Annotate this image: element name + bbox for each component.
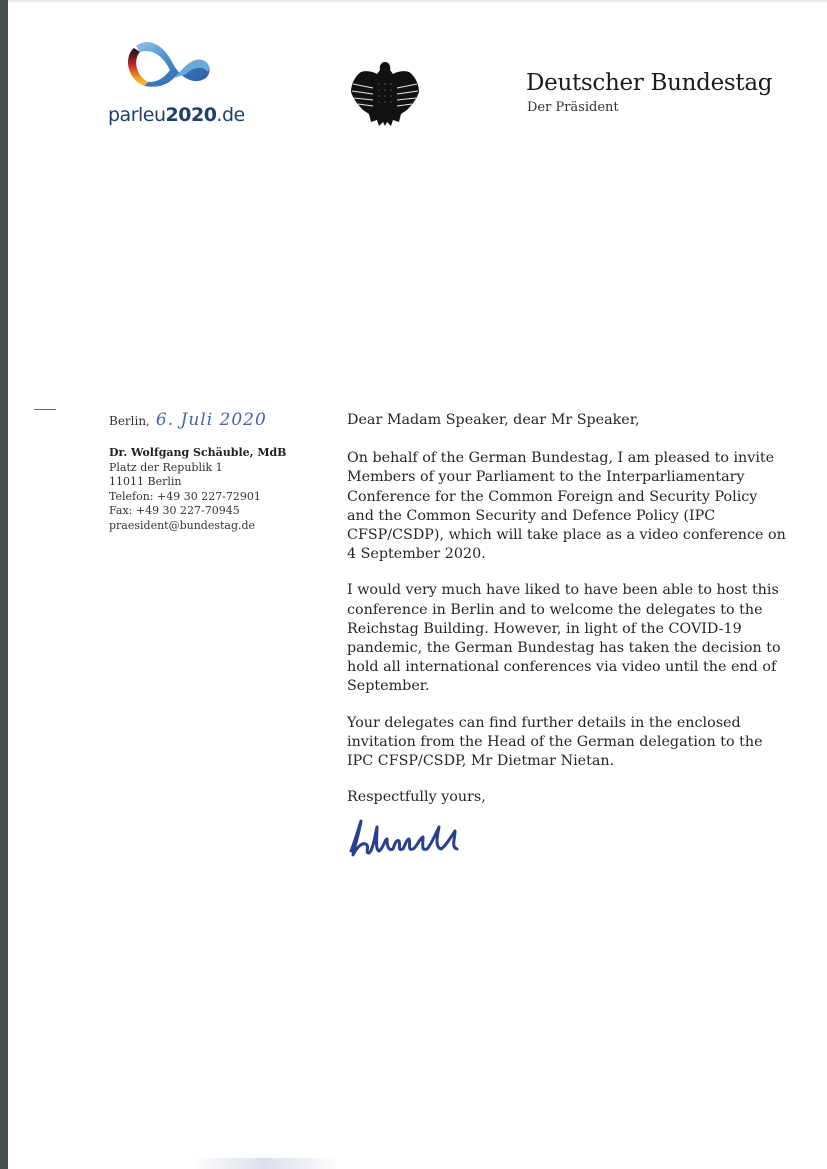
- scan-shadow: [190, 1158, 340, 1169]
- sender-address-line2: 11011 Berlin: [109, 475, 286, 490]
- date-line: Berlin,6. Juli 2020: [109, 410, 267, 430]
- salutation: Dear Madam Speaker, dear Mr Speaker,: [347, 411, 787, 430]
- paragraph-covid: I would very much have liked to have bee…: [347, 581, 787, 696]
- sender-name: Dr. Wolfgang Schäuble, MdB: [109, 446, 286, 461]
- sender-address-line1: Platz der Republik 1: [109, 461, 286, 476]
- sender-fax: Fax: +49 30 227-70945: [109, 504, 286, 519]
- logo-text-suffix: .de: [216, 104, 244, 126]
- sender-phone: Telefon: +49 30 227-72901: [109, 490, 286, 505]
- org-subtitle: Der Präsident: [527, 100, 619, 115]
- handwritten-date: 6. Juli 2020: [156, 410, 267, 430]
- letter-body: Dear Madam Speaker, dear Mr Speaker, On …: [347, 411, 787, 863]
- parleu-logo-text: parleu2020.de: [108, 104, 245, 126]
- sender-email: praesident@bundestag.de: [109, 519, 286, 534]
- parleu-logo: parleu2020.de: [108, 38, 238, 128]
- scan-top-edge: [8, 0, 827, 2]
- parleu-ribbon-icon: [122, 38, 218, 98]
- fold-mark: [34, 409, 56, 410]
- scan-edge: [0, 0, 8, 1169]
- bundestag-eagle-icon: [347, 58, 423, 128]
- paragraph-invitation: On behalf of the German Bundestag, I am …: [347, 449, 787, 564]
- logo-text-bold: 2020: [166, 104, 217, 126]
- closing: Respectfully yours,: [347, 788, 787, 807]
- org-title: Deutscher Bundestag: [526, 70, 772, 96]
- date-place: Berlin,: [109, 414, 150, 428]
- paragraph-details: Your delegates can find further details …: [347, 714, 787, 772]
- sender-block: Dr. Wolfgang Schäuble, MdB Platz der Rep…: [109, 446, 286, 533]
- signature-icon: [347, 813, 537, 863]
- logo-text-light: parleu: [108, 104, 166, 126]
